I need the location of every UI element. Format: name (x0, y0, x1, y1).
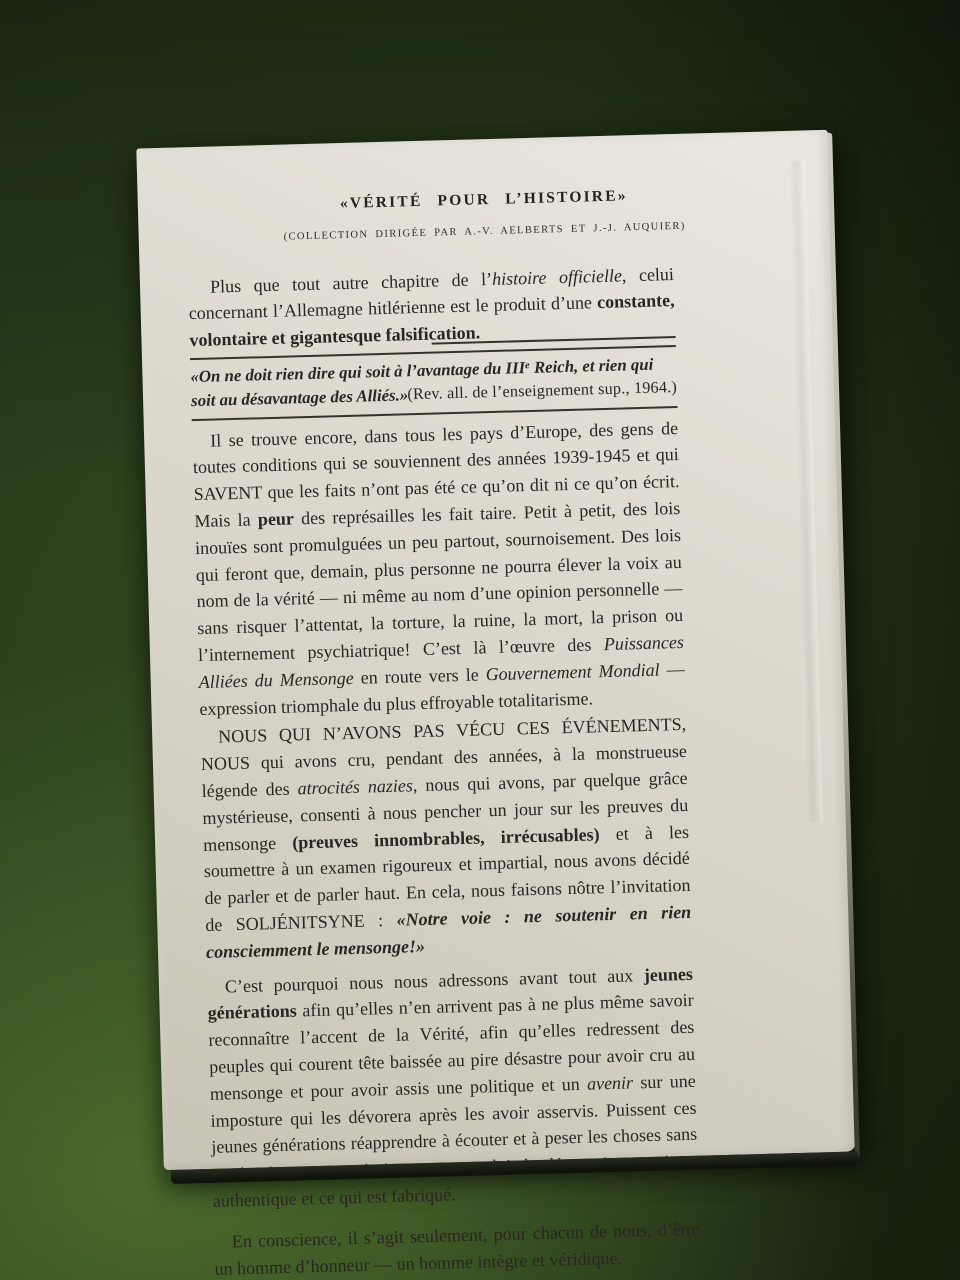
text-segment: avenir (587, 1072, 634, 1093)
collection-masthead: «VÉRITÉ POUR L’HISTOIRE» (COLLECTION DIR… (138, 178, 831, 255)
lead-paragraph: Plus que tout autre chapitre de l’histoi… (188, 261, 676, 355)
paragraph-nous-qui: NOUS QUI N’AVONS PAS VÉCU CES ÉVÉNEMENTS… (200, 711, 692, 965)
text-segment: peur (258, 508, 295, 529)
text-segment: Plus que tout autre chapitre de l’ (210, 269, 493, 297)
text-segment: Gouvernement Mondial (485, 659, 659, 684)
photo-background: «VÉRITÉ POUR L’HISTOIRE» (COLLECTION DIR… (0, 0, 960, 1280)
body-copy: Il se trouve encore, dans tous les pays … (192, 415, 701, 1280)
text-segment: C’est pourquoi nous nous adressons avant… (225, 965, 644, 996)
text-segment: En conscience, il s’agit seulement, pour… (214, 1218, 700, 1278)
text-segment: atrocités nazies (297, 775, 413, 798)
text-segment: en route vers le (353, 664, 486, 688)
text-segment: (preuves innombrables, irrécusables) (292, 824, 600, 852)
cover-printed-area: «VÉRITÉ POUR L’HISTOIRE» (COLLECTION DIR… (136, 130, 855, 1170)
epigraph-block: «On ne doit rien dire qui soit à l’avant… (190, 345, 678, 421)
book-back-cover: «VÉRITÉ POUR L’HISTOIRE» (COLLECTION DIR… (136, 130, 855, 1170)
epigraph-attribution: (Rev. all. de l’enseignement sup., 1964.… (407, 375, 677, 407)
paragraph-conscience: En conscience, il s’agit seulement, pour… (214, 1215, 701, 1280)
paragraph-europe: Il se trouve encore, dans tous les pays … (192, 415, 686, 723)
text-segment: histoire officielle (492, 265, 622, 289)
paragraph-jeunes-generations: C’est pourquoi nous nous adressons avant… (207, 960, 699, 1214)
